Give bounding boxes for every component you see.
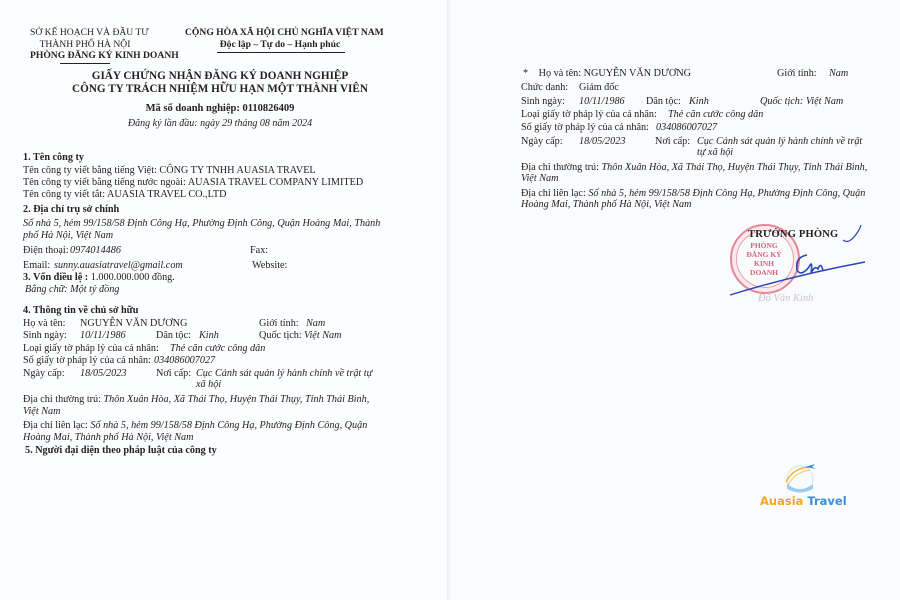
owner-permanent-line2: Việt Nam [23, 406, 60, 418]
owner-issue-date-label: Ngày cấp: [23, 368, 65, 380]
certificate-title-line1: GIẤY CHỨNG NHẬN ĐĂNG KÝ DOANH NGHIỆP [40, 70, 400, 83]
rep-dob: 10/11/1986 [579, 96, 625, 108]
rep-id-type-label: Loại giấy tờ pháp lý của cá nhân: [521, 109, 657, 121]
rep-gender: Nam [829, 68, 848, 80]
company-name-short: Tên công ty viết tắt: AUASIA TRAVEL CO.,… [23, 189, 226, 201]
owner-id-type: Thẻ căn cước công dân [170, 343, 265, 355]
rep-permanent-line1: Thôn Xuân Hòa, Xã Thái Thọ, Huyện Thái T… [602, 162, 868, 173]
brand-logo-part1: Auasia [760, 494, 803, 508]
rep-issue-place-line2: tự xã hội [697, 147, 733, 159]
hq-address-line2: phố Hà Nội, Việt Nam [23, 230, 113, 242]
owner-contact-label: Địa chỉ liên lạc: [23, 420, 88, 431]
rep-dob-label: Sinh ngày: [521, 96, 565, 108]
phone-value: 0974014486 [70, 245, 121, 257]
rep-id-number-label: Số giấy tờ pháp lý của cá nhân: [521, 122, 649, 134]
owner-issue-place-label: Nơi cấp: [156, 368, 191, 380]
rep-contact-label: Địa chỉ liên lạc: [521, 188, 586, 199]
owner-contact-line2: Hoàng Mai, Thành phố Hà Nội, Việt Nam [23, 432, 193, 444]
owner-id-number-label: Số giấy tờ pháp lý của cá nhân: [23, 355, 151, 367]
owner-issue-place-line2: xã hội [196, 379, 221, 391]
certificate-title-line2: CÔNG TY TRÁCH NHIỆM HỮU HẠN MỘT THÀNH VI… [40, 83, 400, 96]
issuer-line3: PHÒNG ĐĂNG KÝ KINH DOANH [30, 50, 140, 62]
rep-name-label: Họ và tên: [539, 68, 581, 79]
hq-address-line1: Số nhà 5, hẻm 99/158/58 Định Công Hạ, Ph… [23, 218, 380, 230]
rep-issue-date-label: Ngày cấp: [521, 136, 563, 148]
rep-contact-line1: Số nhà 5, hẻm 99/158/58 Định Công Hạ, Ph… [588, 188, 865, 199]
owner-gender-label: Giới tính: [259, 318, 299, 330]
section3-heading: 3. Vốn điều lệ : [23, 272, 88, 283]
email-label: Email: [23, 260, 50, 272]
rep-gender-label: Giới tính: [777, 68, 817, 80]
owner-dob: 10/11/1986 [80, 330, 126, 342]
rep-ethnicity: Kinh [689, 96, 709, 108]
owner-id-type-label: Loại giấy tờ pháp lý của cá nhân: [23, 343, 159, 355]
owner-dob-label: Sinh ngày: [23, 330, 67, 342]
capital-in-words: Bằng chữ: Một tỷ đồng [25, 284, 119, 296]
issuer-line1: SỞ KẾ HOẠCH VÀ ĐẦU TƯ [30, 27, 140, 39]
motto-underline [217, 52, 345, 53]
signatory-name: Đỗ Văn Kính [758, 293, 813, 304]
nation-line1: CỘNG HÒA XÃ HỘI CHỦ NGHĨA VIỆT NAM [185, 27, 375, 39]
rep-contact-line2: Hoàng Mai, Thành phố Hà Nội, Việt Nam [521, 199, 691, 211]
owner-issue-date: 18/05/2023 [80, 368, 126, 380]
fax-label: Fax: [250, 245, 268, 257]
rep-issue-date: 18/05/2023 [579, 136, 625, 148]
rep-id-number: 034086007027 [656, 122, 717, 134]
owner-name: NGUYỄN VĂN DƯƠNG [80, 318, 187, 330]
email-value: sunny.auasiatravel@gmail.com [54, 260, 183, 272]
rep-permanent-line2: Việt Nam [521, 173, 558, 185]
section1-heading: 1. Tên công ty [23, 152, 84, 164]
section4-heading: 4. Thông tin về chủ sở hữu [23, 305, 138, 317]
company-name-vn: Tên công ty viết bằng tiếng Việt: CÔNG T… [23, 165, 316, 177]
nation-header: CỘNG HÒA XÃ HỘI CHỦ NGHĨA VIỆT NAM Độc l… [185, 27, 375, 50]
owner-permanent-label: Địa chỉ thường trú: [23, 394, 101, 405]
brand-logo-part2: Travel [807, 494, 846, 508]
rep-permanent-address: Địa chỉ thường trú: Thôn Xuân Hòa, Xã Th… [521, 162, 867, 174]
nation-motto: Độc lập – Tự do – Hạnh phúc [185, 39, 375, 51]
owner-id-number: 034086007027 [154, 355, 215, 367]
rep-title: Giám đốc [579, 82, 619, 94]
owner-issue-place-line1: Cục Cảnh sát quản lý hành chính về trật … [196, 368, 372, 380]
rep-title-label: Chức danh: [521, 82, 568, 94]
rep-bullet: * [523, 68, 528, 79]
phone-label: Điện thoại: [23, 245, 69, 257]
website-label: Website: [252, 260, 287, 272]
section5-heading: 5. Người đại diện theo pháp luật của côn… [25, 445, 217, 457]
owner-nationality: Việt Nam [304, 330, 341, 342]
rep-permanent-label: Địa chỉ thường trú: [521, 162, 599, 173]
rep-id-type: Thẻ căn cước công dân [668, 109, 763, 121]
issuer-header: SỞ KẾ HOẠCH VÀ ĐẦU TƯ THÀNH PHỐ HÀ NỘI P… [30, 27, 140, 62]
rep-name-row: * Họ và tên: NGUYỄN VĂN DƯƠNG [523, 68, 691, 80]
company-name-foreign: Tên công ty viết bằng tiếng nước ngoài: … [23, 177, 363, 189]
certificate-title: GIẤY CHỨNG NHẬN ĐĂNG KÝ DOANH NGHIỆP CÔN… [40, 70, 400, 96]
charter-capital: 1.000.000.000 đồng. [91, 272, 175, 283]
rep-nationality: Quốc tịch: Việt Nam [760, 96, 843, 108]
rep-issue-place-label: Nơi cấp: [655, 136, 690, 148]
rep-ethnicity-label: Dân tộc: [646, 96, 681, 108]
issuer-line2: THÀNH PHỐ HÀ NỘI [30, 39, 140, 51]
airplane-globe-icon [783, 462, 817, 494]
rep-name: NGUYỄN VĂN DƯƠNG [584, 68, 691, 79]
enterprise-code: Mã số doanh nghiệp: 0110826409 [40, 103, 400, 114]
issuer-underline [60, 63, 110, 64]
owner-nationality-label: Quốc tịch: [259, 330, 302, 342]
section3: 3. Vốn điều lệ : 1.000.000.000 đồng. [23, 272, 175, 284]
section2-heading: 2. Địa chỉ trụ sở chính [23, 204, 119, 216]
brand-logo: Auasia Travel [760, 494, 847, 508]
owner-name-label: Họ và tên: [23, 318, 65, 330]
owner-ethnicity: Kinh [199, 330, 219, 342]
owner-contact-address: Địa chỉ liên lạc: Số nhà 5, hẻm 99/158/5… [23, 420, 367, 432]
owner-gender: Nam [306, 318, 325, 330]
owner-ethnicity-label: Dân tộc: [156, 330, 191, 342]
owner-contact-line1: Số nhà 5, hẻm 99/158/58 Định Công Hạ, Ph… [90, 420, 367, 431]
owner-permanent-address: Địa chỉ thường trú: Thôn Xuân Hòa, Xã Th… [23, 394, 369, 406]
first-registration-date: Đăng ký lần đầu: ngày 29 tháng 08 năm 20… [40, 118, 400, 129]
owner-permanent-line1: Thôn Xuân Hòa, Xã Thái Thọ, Huyện Thái T… [104, 394, 370, 405]
